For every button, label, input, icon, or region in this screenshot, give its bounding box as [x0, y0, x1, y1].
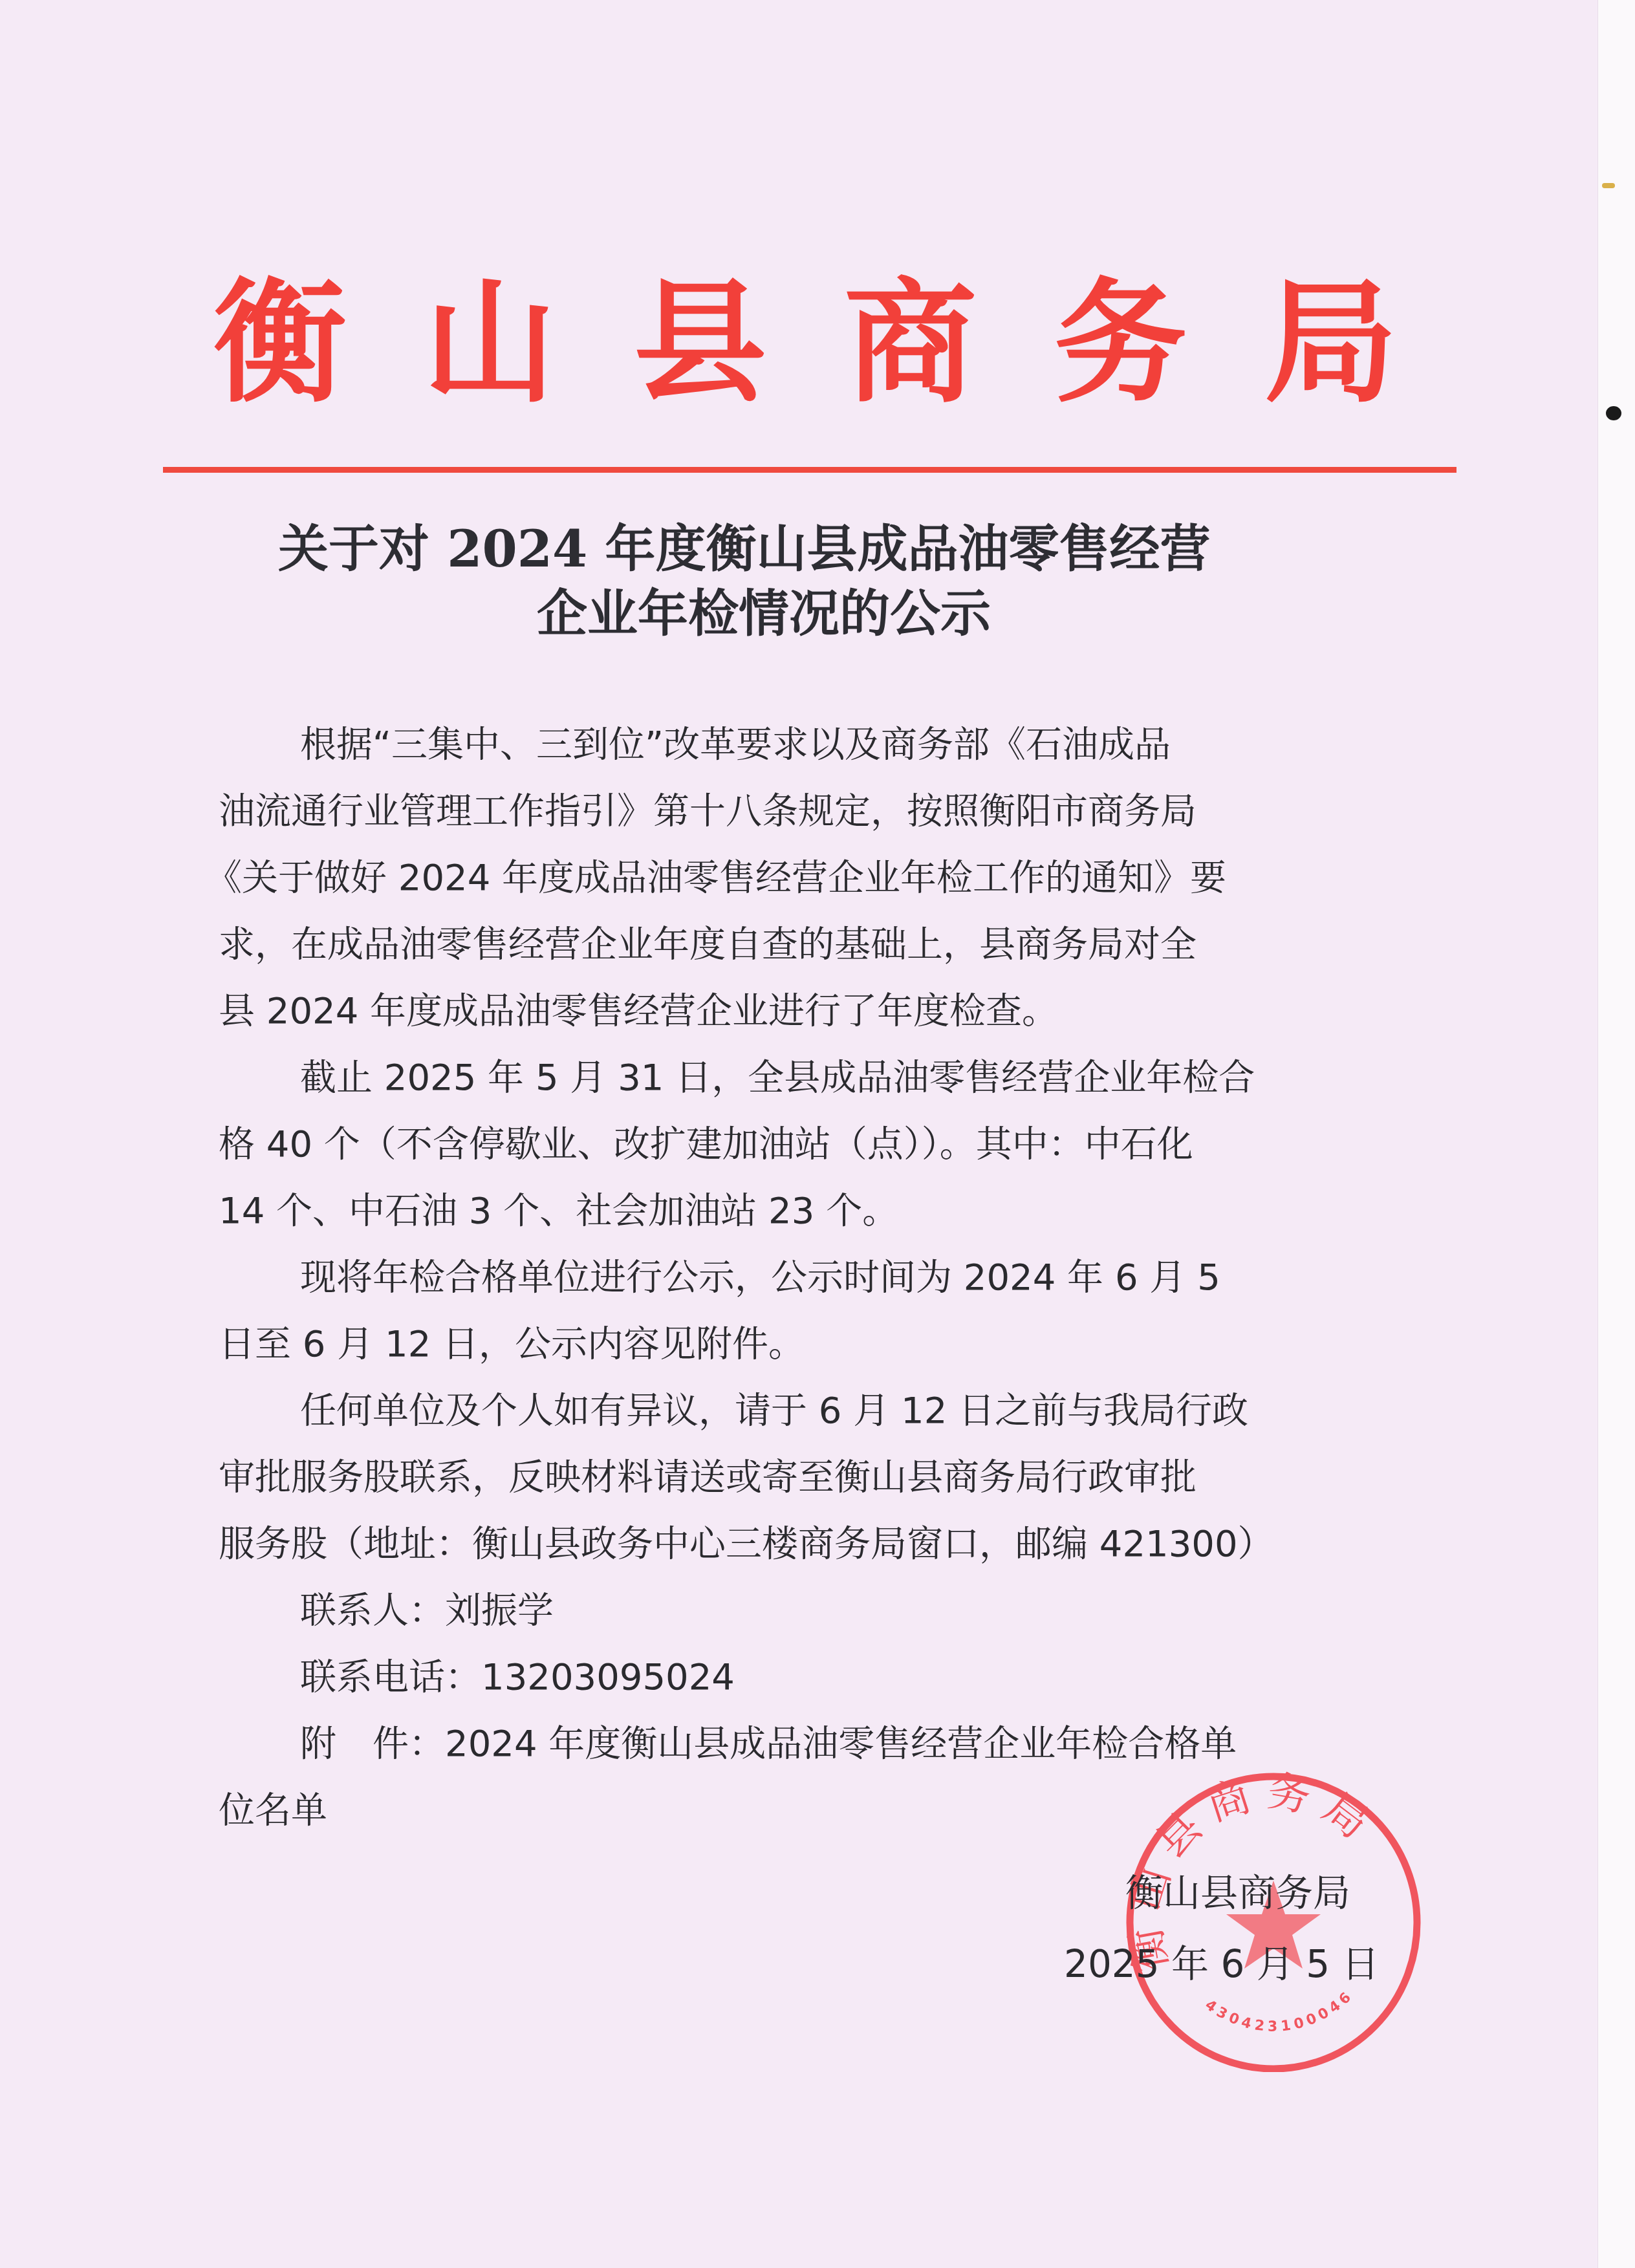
paragraph-4-line-2: 审批服务股联系，反映材料请送或寄至衡山县商务局行政审批 [219, 1444, 1196, 1511]
contact-phone-number: 13203095024 [481, 1656, 735, 1698]
paragraph-4-line-3: 服务股（地址：衡山县政务中心三楼商务局窗口，邮编 421300） [219, 1511, 1274, 1577]
paragraph-4-line-1: 任何单位及个人如有异议，请于 6 月 12 日之前与我局行政 [300, 1377, 1248, 1444]
paragraph-1-line-3: 《关于做好 2024 年度成品油零售经营企业年检工作的通知》要 [206, 845, 1226, 911]
binder-hole-mark [1606, 406, 1621, 420]
contact-person-row: 联系人：刘振学 [300, 1577, 554, 1644]
letterhead-char: 务 [1054, 272, 1187, 414]
contact-phone-row: 联系电话：13203095024 [300, 1644, 735, 1711]
paragraph-3-line-2: 日至 6 月 12 日，公示内容见附件。 [219, 1311, 805, 1377]
letterhead-divider [163, 467, 1456, 473]
letterhead-char: 衡 [213, 272, 346, 414]
paragraph-1-line-5: 县 2024 年度成品油零售经营企业进行了年度检查。 [219, 978, 1058, 1044]
paragraph-3-line-1: 现将年检合格单位进行公示，公示时间为 2024 年 6 月 5 [300, 1244, 1220, 1311]
letterhead-char: 县 [634, 272, 766, 414]
attachment-row: 附 件：2024 年度衡山县成品油零售经营企业年检合格单 [300, 1711, 1237, 1777]
contact-person-label: 联系人： [300, 1590, 445, 1632]
letterhead-char: 山 [424, 272, 556, 414]
contact-phone-label: 联系电话： [300, 1656, 481, 1698]
signature-date: 2025 年 6 月 5 日 [1064, 1934, 1380, 1988]
paragraph-2-line-3: 14 个、中石油 3 个、社会加油站 23 个。 [219, 1178, 898, 1244]
paragraph-1-line-2: 油流通行业管理工作指引》第十八条规定，按照衡阳市商务局 [219, 778, 1196, 845]
signature-org: 衡山县商务局 [1125, 1863, 1350, 1917]
attachment-title-part-1: 2024 年度衡山县成品油零售经营企业年检合格单 [445, 1723, 1237, 1765]
paragraph-1-line-1: 根据“三集中、三到位”改革要求以及商务部《石油成品 [300, 711, 1171, 778]
paragraph-2-line-2: 格 40 个（不含停歇业、改扩建加油站（点））。其中：中石化 [219, 1111, 1193, 1178]
contact-person-name: 刘振学 [445, 1590, 554, 1632]
attachment-label: 附 件： [300, 1723, 445, 1765]
paragraph-1-line-4: 求，在成品油零售经营企业年度自查的基础上，县商务局对全 [219, 911, 1196, 978]
letterhead-char: 局 [1264, 272, 1397, 414]
scan-edge-strip [1597, 0, 1635, 2268]
paragraph-2-line-1: 截止 2025 年 5 月 31 日，全县成品油零售经营企业年检合 [300, 1044, 1255, 1111]
title-line-2: 企业年检情况的公示 [537, 582, 991, 647]
attachment-title-part-2: 位名单 [219, 1777, 327, 1844]
letterhead-char: 商 [844, 272, 977, 414]
scan-fleck [1602, 183, 1615, 188]
letterhead-org-name: 衡 山 县 商 务 局 [213, 272, 1397, 414]
title-line-1: 关于对 2024 年度衡山县成品油零售经营 [278, 517, 1210, 582]
